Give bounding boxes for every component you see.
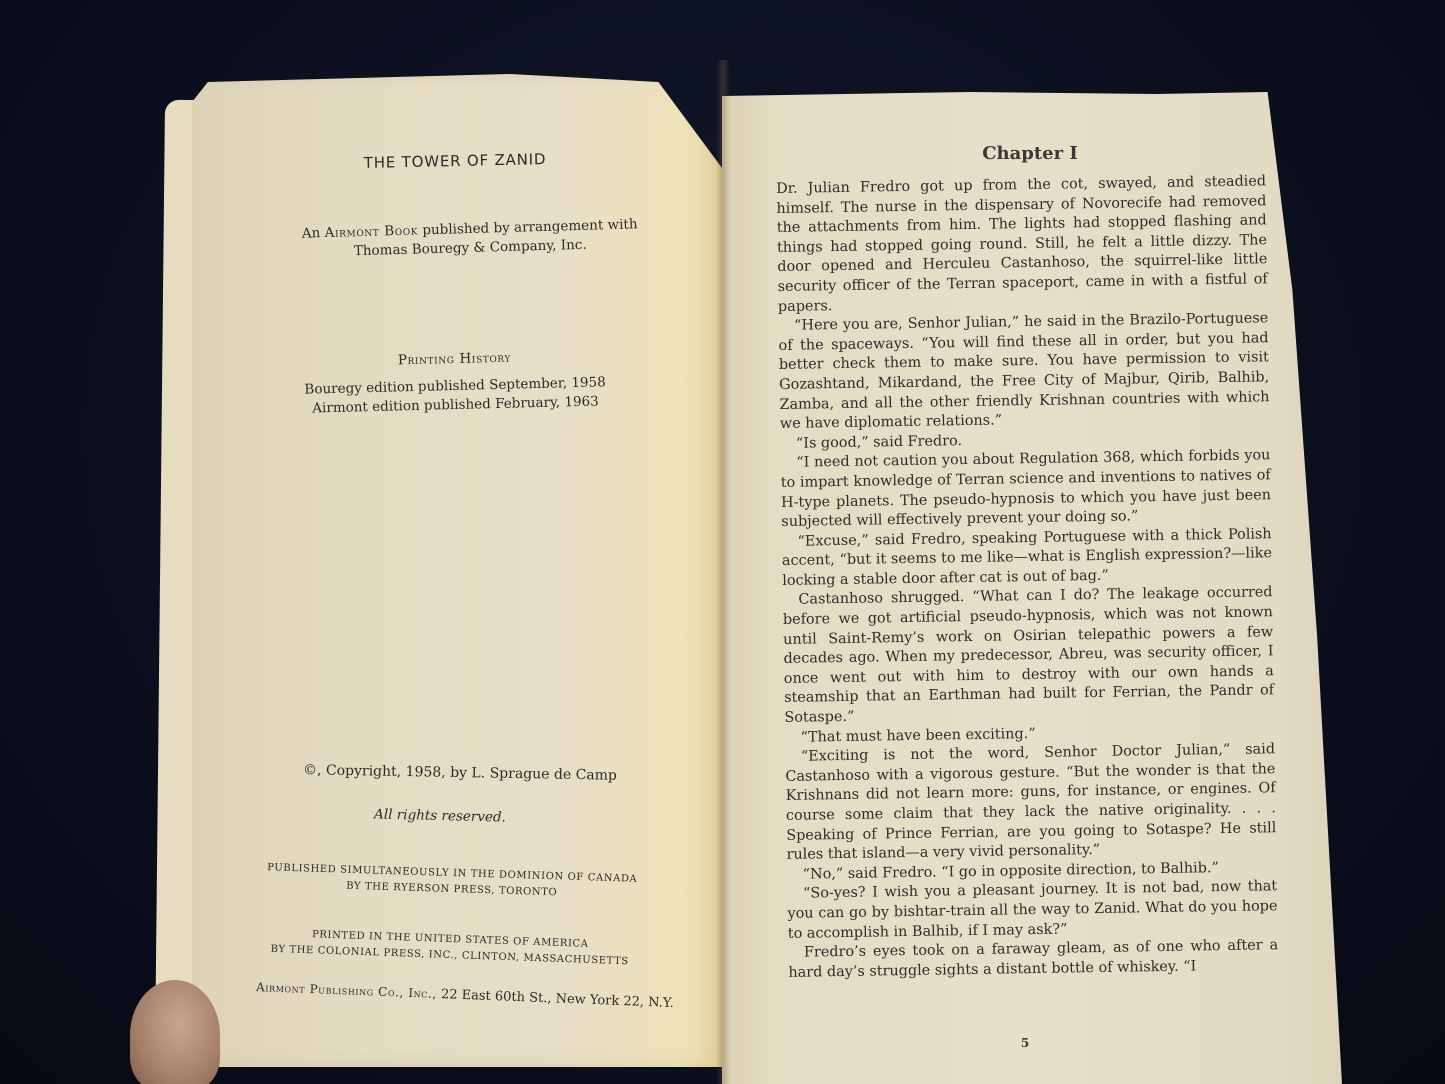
thumb xyxy=(130,980,220,1084)
publisher-note-suffix: published by arrangement with xyxy=(422,216,638,238)
printing-history: Printing History Bouregy edition publish… xyxy=(269,345,640,419)
paragraph: “So-yes? I wish you a pleasant journey. … xyxy=(787,878,1278,944)
paragraph: Fredro’s eyes took on a faraway gleam, a… xyxy=(788,936,1279,983)
open-book: THE TOWER OF ZANID An Airmont Book publi… xyxy=(0,0,1445,1084)
paragraph: “Excuse,” said Fredro, speaking Portugue… xyxy=(782,525,1273,591)
publisher-brand: Airmont Book xyxy=(324,222,418,241)
page-number: 5 xyxy=(1010,1036,1040,1050)
paragraph: Dr. Julian Fredro got up from the cot, s… xyxy=(776,172,1268,317)
paragraph: “Exciting is not the word, Senhor Doctor… xyxy=(785,740,1277,865)
book-gutter xyxy=(716,60,730,1084)
paragraph: “I need not caution you about Regulation… xyxy=(780,447,1271,533)
paragraph: Castanhoso shrugged. “What can I do? The… xyxy=(782,584,1274,729)
chapter-body: Dr. Julian Fredro got up from the cot, s… xyxy=(776,172,1279,983)
publisher-note-prefix: An xyxy=(302,225,321,242)
chapter-heading: Chapter I xyxy=(880,143,1180,164)
paragraph: “Here you are, Senhor Julian,” he said i… xyxy=(778,309,1270,434)
